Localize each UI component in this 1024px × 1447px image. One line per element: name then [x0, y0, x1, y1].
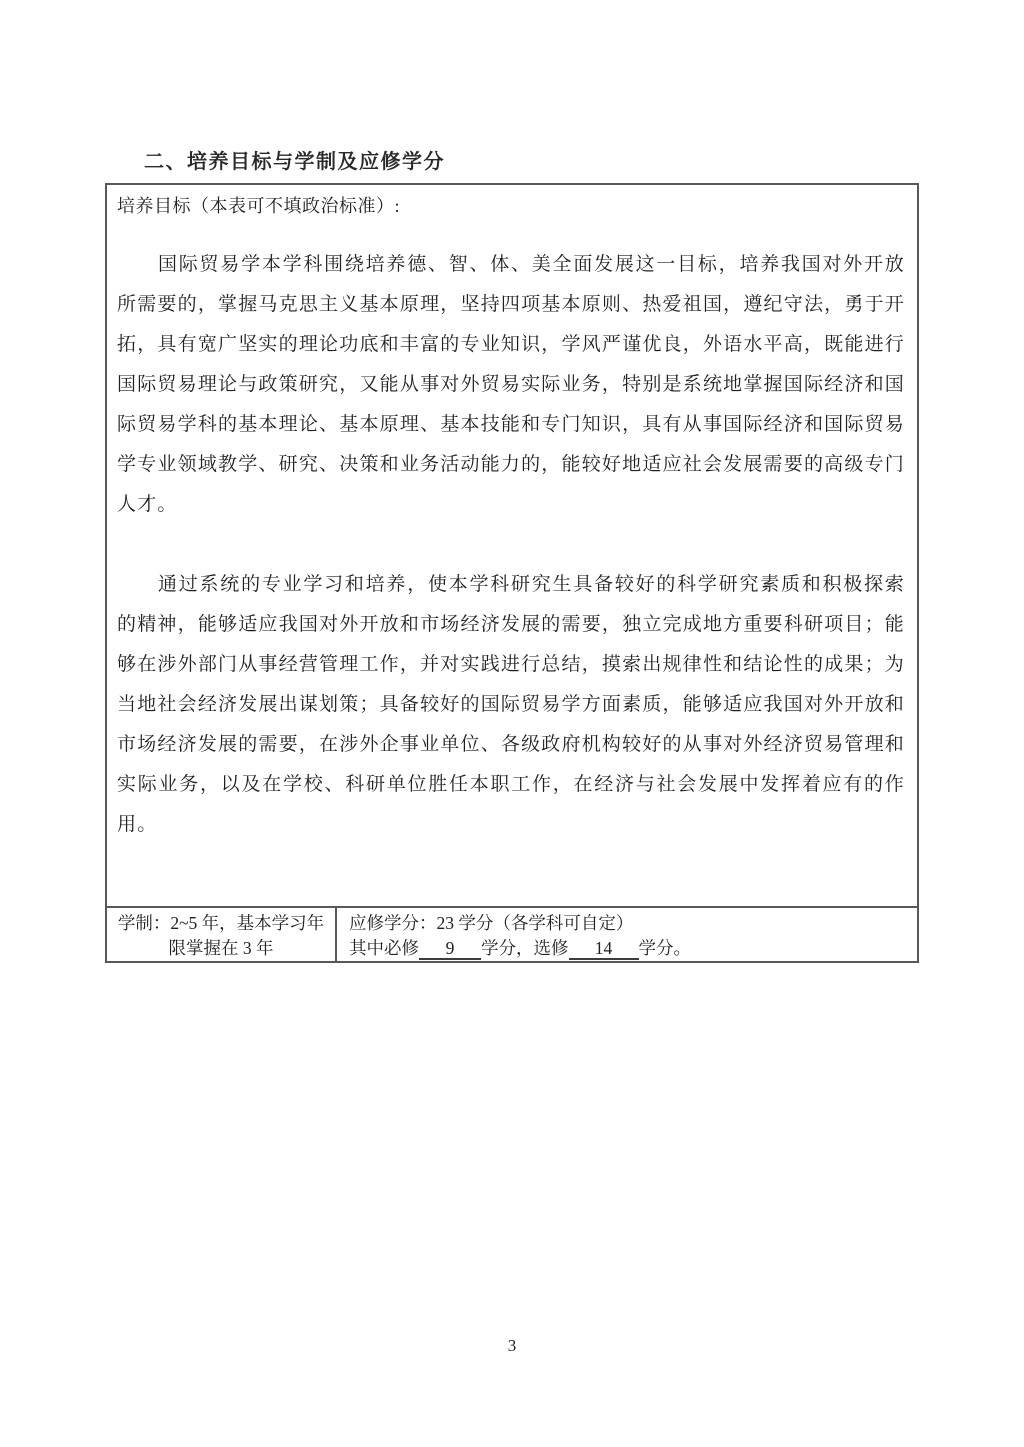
objectives-table: 培养目标（本表可不填政治标准）: 国际贸易学本学科围绕培养德、智、体、美全面发展…: [105, 183, 919, 963]
objectives-paragraph-1: 国际贸易学本学科围绕培养德、智、体、美全面发展这一目标，培养我国对外开放所需要的…: [117, 245, 905, 525]
training-objectives-label: 培养目标（本表可不填政治标准）:: [117, 191, 905, 221]
page-number: 3: [0, 1336, 1024, 1356]
objectives-paragraph-2: 通过系统的专业学习和培养，使本学科研究生具备较好的科学研究素质和积极探索的精神，…: [117, 565, 905, 845]
schedule-credits-row: 学制：2~5 年，基本学习年 限掌握在 3 年 应修学分：23 学分（各学科可自…: [107, 906, 917, 961]
credits-breakdown-line: 其中必修9学分，选修14学分。: [349, 936, 917, 961]
credits-middle-text: 学分，选修: [481, 938, 569, 958]
study-duration-line2: 限掌握在 3 年: [107, 936, 335, 961]
credits-required-prefix: 其中必修: [349, 938, 419, 958]
credits-suffix-text: 学分。: [639, 938, 692, 958]
study-duration-line1: 学制：2~5 年，基本学习年: [107, 911, 335, 936]
credits-total-line: 应修学分：23 学分（各学科可自定）: [349, 911, 917, 936]
study-duration-cell: 学制：2~5 年，基本学习年 限掌握在 3 年: [107, 908, 337, 961]
section-heading: 二、培养目标与学制及应修学分: [144, 145, 445, 174]
elective-credits-value: 14: [569, 938, 639, 960]
training-objectives-cell: 培养目标（本表可不填政治标准）: 国际贸易学本学科围绕培养德、智、体、美全面发展…: [107, 185, 917, 906]
required-credits-value: 9: [419, 938, 481, 960]
required-credits-cell: 应修学分：23 学分（各学科可自定） 其中必修9学分，选修14学分。: [337, 908, 917, 961]
